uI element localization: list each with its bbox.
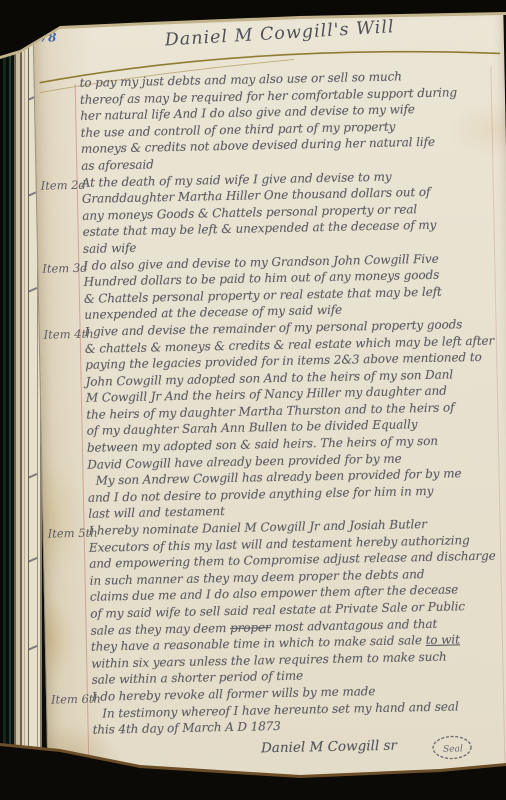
item-label: Item 5th — [48, 526, 88, 541]
margin-mark — [26, 281, 38, 293]
will-record-book-scan: 78 Daniel M Cowgill's Will Item 2dItem 3… — [0, 0, 506, 800]
strike-text: proper — [230, 620, 271, 635]
seal-text: Seal — [443, 744, 463, 754]
text-segment: sale as they may deem — [90, 621, 230, 638]
item-label: Item 2d — [41, 177, 81, 192]
seal-stamp: Seal — [429, 732, 476, 767]
book-binding — [0, 0, 26, 800]
seal-oval-icon: Seal — [429, 732, 476, 763]
margin-mark — [26, 639, 38, 651]
item-label: Item 6th — [51, 692, 91, 707]
text-segment: most advantagous and that — [270, 616, 437, 633]
margin-mark — [26, 551, 38, 563]
signature-row: Daniel M Cowgill sr Seal — [93, 735, 505, 769]
margin-mark — [26, 467, 38, 479]
ledger-page: 78 Daniel M Cowgill's Will Item 2dItem 3… — [32, 9, 506, 786]
will-text: Item 2dItem 3dItem 4thItem 5thItem 6th t… — [79, 68, 505, 770]
item-label: Item 3d — [42, 260, 82, 275]
underline-text: to wit — [425, 633, 459, 648]
item-label: Item 4th — [44, 327, 84, 342]
will-text-lines: to pay my just debts and may also use or… — [79, 68, 504, 740]
